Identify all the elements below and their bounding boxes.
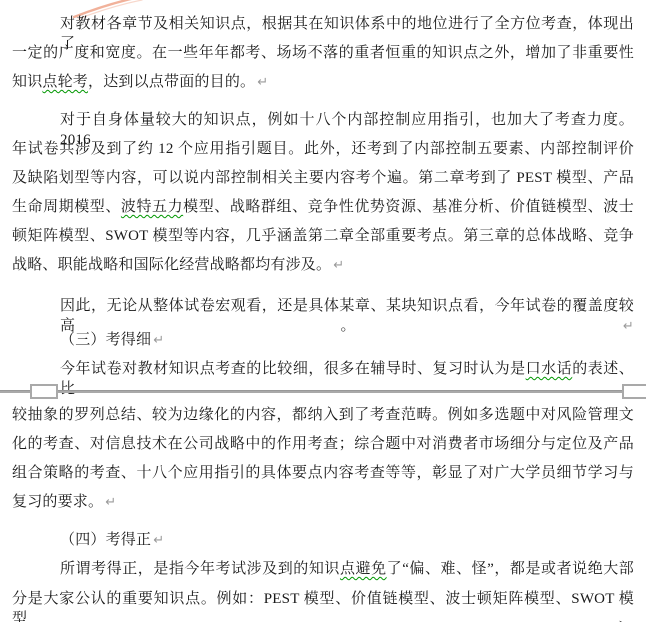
- text-line[interactable]: 今年试卷对教材知识点考查的比较细，很多在辅导时、复习时认为是口水话的表述、比: [60, 359, 634, 381]
- page-boundary-marker-left: [30, 384, 58, 399]
- text-line[interactable]: 对于自身体量较大的知识点，例如十八个内部控制应用指引，也加大了考查力度。2016: [60, 110, 634, 132]
- paragraph-mark: ↵: [151, 333, 164, 348]
- text-line[interactable]: （四）考得正↵: [60, 530, 634, 552]
- grammar-squiggle-text: 口水话: [526, 361, 573, 377]
- text-line[interactable]: 复习的要求。↵: [12, 492, 634, 514]
- text-segment: 较抽象的罗列总结、较为边缘化的内容，都纳入到了考查范畴。例如多选题中对风险管理文: [12, 407, 634, 423]
- grammar-squiggle-text: 波特五力: [121, 199, 183, 215]
- text-line[interactable]: 化的考查、对信息技术在公司战略中的作用考查；综合题中对消费者市场细分与定位及产品: [12, 434, 634, 456]
- text-line[interactable]: 年试卷共涉及到了约 12 个应用指引题目。此外，还考到了内部控制五要素、内部控制…: [12, 139, 634, 161]
- text-segment: 战略、职能战略和国际化经营战略都均有涉及。: [12, 257, 331, 273]
- text-segment: 及缺陷划型等内容，可以说内部控制相关主要内容考个遍。第二章考到了 PEST 模型…: [12, 170, 634, 186]
- paragraph-mark: ↵: [255, 75, 268, 90]
- grammar-squiggle-text: 点轮考: [42, 74, 88, 90]
- text-segment: （三）考得细: [60, 332, 151, 348]
- text-line[interactable]: 顿矩阵模型、SWOT 模型等内容，几乎涵盖第二章全部重要考点。第三章的总体战略、…: [12, 226, 634, 248]
- text-line[interactable]: 分是大家公认的重要知识点。例如：PEST 模型、价值链模型、波士顿矩阵模型、SW…: [12, 589, 634, 611]
- text-segment: 模型、战略群组、竞争性优势资源、基准分析、价值链模型、波士: [183, 199, 634, 215]
- text-line[interactable]: 组合策略的考查、十八个应用指引的具体要点内容考查等等，彰显了对广大学员细节学习与: [12, 463, 634, 485]
- text-segment: 生命周期模型、: [12, 199, 121, 215]
- text-segment: ，达到以点带面的目的。: [88, 74, 255, 90]
- text-segment: （四）考得正: [60, 532, 151, 548]
- text-line[interactable]: 较抽象的罗列总结、较为边缘化的内容，都纳入到了考查范畴。例如多选题中对风险管理文: [12, 405, 634, 427]
- text-segment: 分是大家公认的重要知识点。例如：PEST 模型、价值链模型、波士顿矩阵模型、SW…: [12, 591, 634, 622]
- text-segment: 年试卷共涉及到了约 12 个应用指引题目。此外，还考到了内部控制五要素、内部控制…: [12, 141, 634, 157]
- text-segment: 知识: [12, 74, 42, 90]
- page-boundary-marker-right: [622, 384, 646, 399]
- text-line[interactable]: 一定的广度和宽度。在一些年年都考、场场不落的重者恒重的知识点之外，增加了非重要性: [12, 43, 634, 65]
- text-line[interactable]: 知识点轮考，达到以点带面的目的。↵: [12, 72, 634, 94]
- text-segment: 化的考查、对信息技术在公司战略中的作用考查；综合题中对消费者市场细分与定位及产品: [12, 436, 634, 452]
- text-line[interactable]: 及缺陷划型等内容，可以说内部控制相关主要内容考个遍。第二章考到了 PEST 模型…: [12, 168, 634, 190]
- text-segment: 因此，无论从整体试卷宏观看，还是具体某章、某块知识点看，今年试卷的覆盖度较高。: [60, 298, 634, 334]
- text-line[interactable]: （三）考得细↵: [60, 330, 634, 352]
- grammar-squiggle-text: 点避免: [340, 561, 387, 577]
- paragraph-mark: ↵: [331, 258, 344, 273]
- text-segment: 一定的广度和宽度。在一些年年都考、场场不落的重者恒重的知识点之外，增加了非重要性: [12, 45, 634, 61]
- text-segment: 组合策略的考查、十八个应用指引的具体要点内容考查等等，彰显了对广大学员细节学习与: [12, 465, 634, 481]
- text-line[interactable]: 生命周期模型、波特五力模型、战略群组、竞争性优势资源、基准分析、价值链模型、波士: [12, 197, 634, 219]
- paragraph-mark: ↵: [103, 495, 116, 510]
- document-page[interactable]: 对教材各章节及相关知识点，根据其在知识体系中的地位进行了全方位考查，体现出了一定…: [0, 0, 646, 622]
- text-segment: 所谓考得正，是指今年考试涉及到的知识: [60, 561, 340, 577]
- paragraph-mark: ↵: [151, 533, 164, 548]
- text-segment: 今年试卷对教材知识点考查的比较细，很多在辅导时、复习时认为是: [60, 361, 526, 377]
- text-line[interactable]: 因此，无论从整体试卷宏观看，还是具体某章、某块知识点看，今年试卷的覆盖度较高。↵: [60, 296, 634, 318]
- text-line[interactable]: 对教材各章节及相关知识点，根据其在知识体系中的地位进行了全方位考查，体现出了: [60, 14, 634, 36]
- text-segment: 了“偏、难、怪”，都是或者说绝大部: [387, 561, 634, 577]
- text-line[interactable]: 战略、职能战略和国际化经营战略都均有涉及。↵: [12, 255, 634, 277]
- text-segment: 复习的要求。: [12, 494, 103, 510]
- text-line[interactable]: 所谓考得正，是指今年考试涉及到的知识点避免了“偏、难、怪”，都是或者说绝大部: [60, 559, 634, 581]
- page-boundary-line: [0, 390, 646, 393]
- text-segment: 顿矩阵模型、SWOT 模型等内容，几乎涵盖第二章全部重要考点。第三章的总体战略、…: [12, 228, 634, 244]
